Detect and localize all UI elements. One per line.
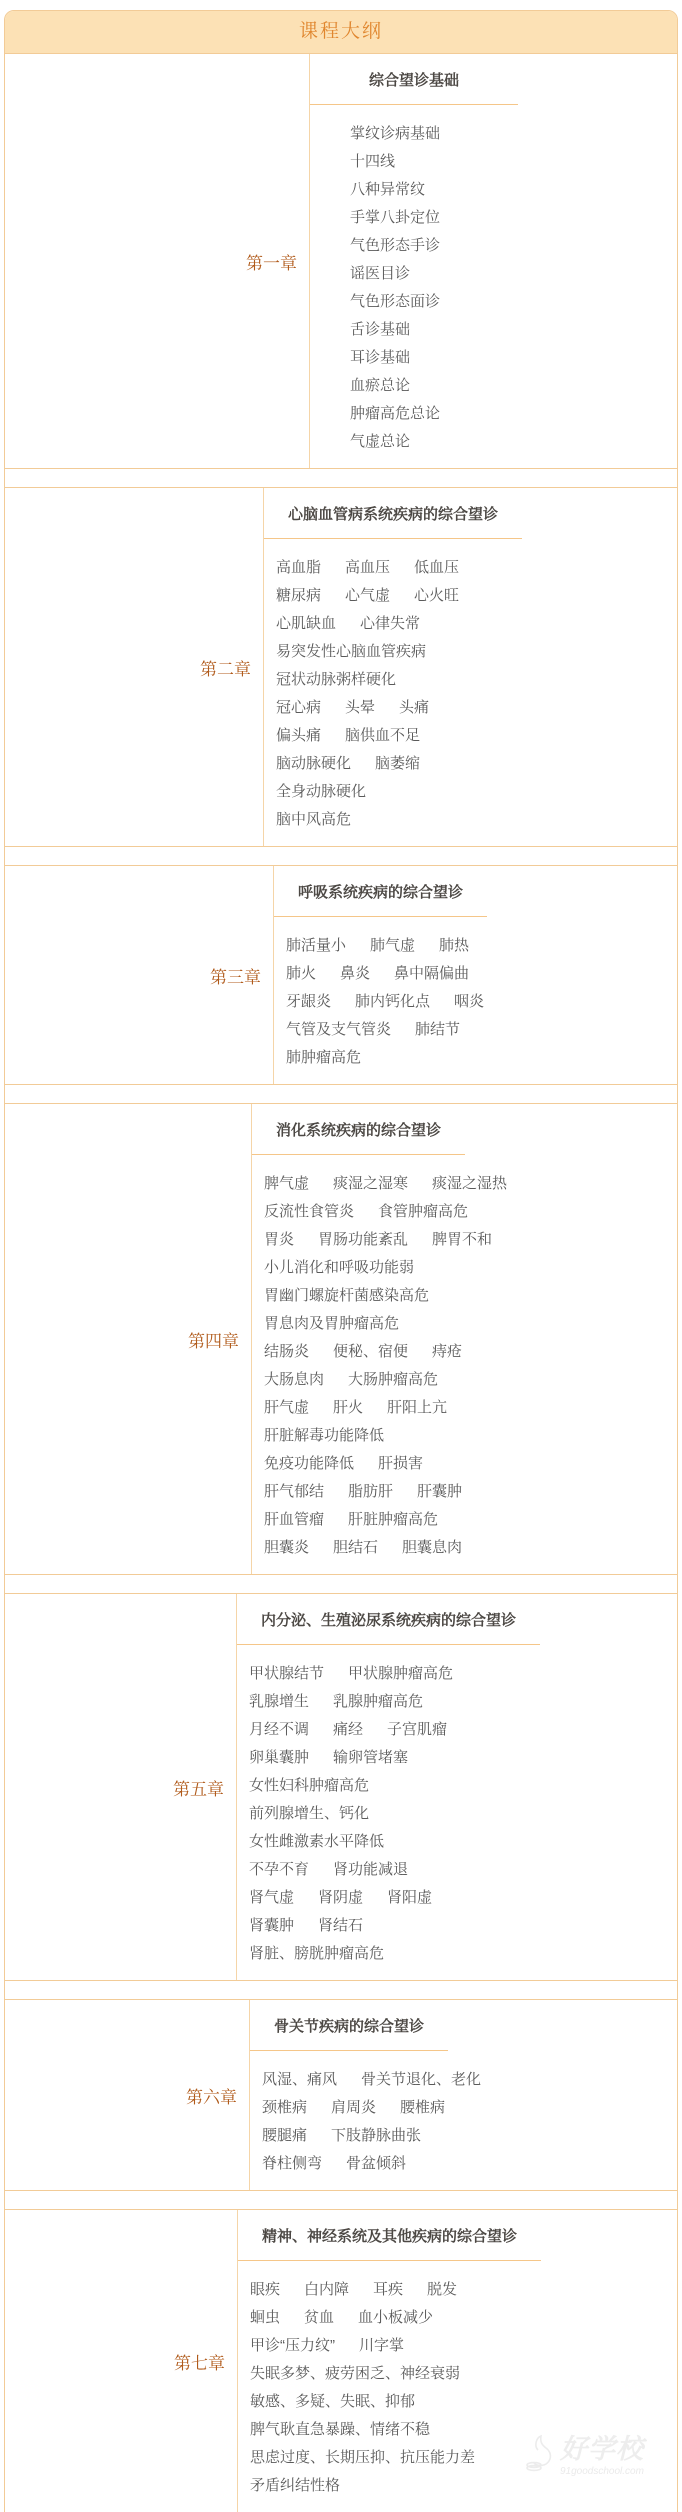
course-item: 肿瘤高危总论 xyxy=(350,402,440,423)
section-spacer xyxy=(5,1981,677,1999)
course-item: 甲状腺肿瘤高危 xyxy=(348,1662,453,1683)
course-item-line: 肺火鼻炎鼻中隔偏曲 xyxy=(286,958,669,986)
course-item: 肺结节 xyxy=(415,1018,460,1039)
course-item: 心肌缺血 xyxy=(276,612,336,633)
course-item: 胆囊炎 xyxy=(264,1536,309,1557)
course-item-line: 肺活量小肺气虚肺热 xyxy=(286,930,669,958)
course-item-line: 敏感、多疑、失眠、抑郁 xyxy=(250,2386,669,2414)
course-item-line: 肾脏、膀胱肿瘤高危 xyxy=(249,1938,669,1966)
course-item-line: 肿瘤高危总论 xyxy=(350,398,669,426)
section-spacer xyxy=(5,1085,677,1103)
course-item: 小儿消化和呼吸功能弱 xyxy=(264,1256,414,1277)
section-spacer xyxy=(5,847,677,865)
course-item: 脱发 xyxy=(427,2278,457,2299)
course-item: 下肢静脉曲张 xyxy=(331,2124,421,2145)
course-item: 肺气虚 xyxy=(370,934,415,955)
course-item: 骨关节退化、老化 xyxy=(361,2068,481,2089)
course-item: 肝气郁结 xyxy=(264,1480,324,1501)
course-item: 贫血 xyxy=(304,2306,334,2327)
chapter-items: 脾气虚痰湿之湿寒痰湿之湿热反流性食管炎食管肿瘤高危胃炎胃肠功能紊乱脾胃不和小儿消… xyxy=(252,1168,669,1560)
course-item: 肾结石 xyxy=(318,1914,363,1935)
course-item: 掌纹诊病基础 xyxy=(350,122,440,143)
chapter-list: 第一章 综合望诊基础 掌纹诊病基础十四线八种异常纹手掌八卦定位气色形态手诊谣医目… xyxy=(5,53,677,2512)
course-item: 肺热 xyxy=(439,934,469,955)
course-item: 易突发性心脑血管疾病 xyxy=(276,640,426,661)
chapter-items: 高血脂高血压低血压糖尿病心气虚心火旺心肌缺血心律失常易突发性心脑血管疾病冠状动脉… xyxy=(264,552,669,832)
course-item: 脑供血不足 xyxy=(345,724,420,745)
section-spacer xyxy=(5,2191,677,2209)
watermark-site: 91goodschool.com xyxy=(560,2467,644,2477)
course-item: 肾气虚 xyxy=(249,1886,294,1907)
page-title: 课程大纲 xyxy=(5,11,677,53)
course-item: 大肠息肉 xyxy=(264,1368,324,1389)
watermark: 好学校 91goodschool.com xyxy=(524,2432,664,2477)
chapter-content-cell: 呼吸系统疾病的综合望诊 肺活量小肺气虚肺热肺火鼻炎鼻中隔偏曲牙龈炎肺内钙化点咽炎… xyxy=(273,866,677,1084)
section-spacer xyxy=(5,469,677,487)
course-item-line: 颈椎病肩周炎腰椎病 xyxy=(262,2092,669,2120)
chapter-content-cell: 心脑血管病系统疾病的综合望诊 高血脂高血压低血压糖尿病心气虚心火旺心肌缺血心律失… xyxy=(263,488,677,846)
course-item-line: 肾囊肿肾结石 xyxy=(249,1910,669,1938)
course-item: 肝气虚 xyxy=(264,1396,309,1417)
course-item: 女性妇科肿瘤高危 xyxy=(249,1774,369,1795)
course-item: 肾阳虚 xyxy=(387,1886,432,1907)
course-item-line: 腰腿痛下肢静脉曲张 xyxy=(262,2120,669,2148)
chapter-label: 第六章 xyxy=(186,2083,237,2108)
course-item-line: 肝血管瘤肝脏肿瘤高危 xyxy=(264,1504,669,1532)
course-item: 月经不调 xyxy=(249,1718,309,1739)
chapter-title: 呼吸系统疾病的综合望诊 xyxy=(274,882,487,917)
course-item-line: 易突发性心脑血管疾病 xyxy=(276,636,669,664)
course-item: 反流性食管炎 xyxy=(264,1200,354,1221)
course-item: 脾气虚 xyxy=(264,1172,309,1193)
course-item-line: 大肠息肉大肠肿瘤高危 xyxy=(264,1364,669,1392)
watermark-text: 好学校 91goodschool.com xyxy=(560,2436,644,2477)
course-item: 腰椎病 xyxy=(400,2096,445,2117)
course-item-line: 结肠炎便秘、宿便痔疮 xyxy=(264,1336,669,1364)
course-item: 心律失常 xyxy=(360,612,420,633)
course-item: 高血脂 xyxy=(276,556,321,577)
course-item-line: 气虚总论 xyxy=(350,426,669,454)
course-item: 胆结石 xyxy=(333,1536,378,1557)
course-item-line: 脊柱侧弯骨盆倾斜 xyxy=(262,2148,669,2176)
course-item: 鼻炎 xyxy=(340,962,370,983)
course-item: 气色形态面诊 xyxy=(350,290,440,311)
course-item: 冠状动脉粥样硬化 xyxy=(276,668,396,689)
course-item: 咽炎 xyxy=(454,990,484,1011)
course-item: 高血压 xyxy=(345,556,390,577)
course-item: 低血压 xyxy=(414,556,459,577)
course-item-line: 小儿消化和呼吸功能弱 xyxy=(264,1252,669,1280)
course-item-line: 冠状动脉粥样硬化 xyxy=(276,664,669,692)
course-item: 乳腺肿瘤高危 xyxy=(333,1690,423,1711)
course-item: 子宫肌瘤 xyxy=(387,1718,447,1739)
chapter-title: 消化系统疾病的综合望诊 xyxy=(252,1120,465,1155)
course-item-line: 心肌缺血心律失常 xyxy=(276,608,669,636)
course-outline-table: 课程大纲 第一章 综合望诊基础 掌纹诊病基础十四线八种异常纹手掌八卦定位气色形态… xyxy=(4,10,678,2512)
course-item: 脑萎缩 xyxy=(375,752,420,773)
course-item: 输卵管堵塞 xyxy=(333,1746,408,1767)
course-item-line: 八种异常纹 xyxy=(350,174,669,202)
course-item: 川字掌 xyxy=(359,2334,404,2355)
course-item-line: 手掌八卦定位 xyxy=(350,202,669,230)
course-item: 肺肿瘤高危 xyxy=(286,1046,361,1067)
course-item: 气色形态手诊 xyxy=(350,234,440,255)
course-item: 冠心病 xyxy=(276,696,321,717)
course-item: 食管肿瘤高危 xyxy=(378,1200,468,1221)
course-item: 结肠炎 xyxy=(264,1340,309,1361)
course-item: 胃息肉及胃肿瘤高危 xyxy=(264,1312,399,1333)
course-item-line: 不孕不育肾功能减退 xyxy=(249,1854,669,1882)
course-item: 肝火 xyxy=(333,1396,363,1417)
course-item: 免疫功能降低 xyxy=(264,1452,354,1473)
course-item: 大肠肿瘤高危 xyxy=(348,1368,438,1389)
course-item: 眼疾 xyxy=(250,2278,280,2299)
chapter-content-cell: 内分泌、生殖泌尿系统疾病的综合望诊 甲状腺结节甲状腺肿瘤高危乳腺增生乳腺肿瘤高危… xyxy=(236,1594,677,1980)
course-item-line: 胆囊炎胆结石胆囊息肉 xyxy=(264,1532,669,1560)
chapter-row: 第五章 内分泌、生殖泌尿系统疾病的综合望诊 甲状腺结节甲状腺肿瘤高危乳腺增生乳腺… xyxy=(5,1593,677,1981)
chapter-items: 掌纹诊病基础十四线八种异常纹手掌八卦定位气色形态手诊谣医目诊气色形态面诊舌诊基础… xyxy=(310,118,669,454)
chapter-label-cell: 第二章 xyxy=(5,488,263,846)
course-item: 颈椎病 xyxy=(262,2096,307,2117)
course-item: 不孕不育 xyxy=(249,1858,309,1879)
course-item: 痔疮 xyxy=(432,1340,462,1361)
course-item-line: 全身动脉硬化 xyxy=(276,776,669,804)
course-item-line: 高血脂高血压低血压 xyxy=(276,552,669,580)
chapter-label: 第七章 xyxy=(174,2349,225,2374)
course-item: 痰湿之湿寒 xyxy=(333,1172,408,1193)
course-item: 全身动脉硬化 xyxy=(276,780,366,801)
course-item: 气虚总论 xyxy=(350,430,410,451)
course-item-line: 甲诊“压力纹”川字掌 xyxy=(250,2330,669,2358)
course-item-line: 十四线 xyxy=(350,146,669,174)
course-item-line: 风湿、痛风骨关节退化、老化 xyxy=(262,2064,669,2092)
course-item-line: 女性妇科肿瘤高危 xyxy=(249,1770,669,1798)
course-item-line: 耳诊基础 xyxy=(350,342,669,370)
watermark-name: 好学校 xyxy=(560,2436,644,2463)
course-item: 肝囊肿 xyxy=(417,1480,462,1501)
course-item-line: 气色形态手诊 xyxy=(350,230,669,258)
course-item-line: 女性雌激素水平降低 xyxy=(249,1826,669,1854)
chapter-content-cell: 骨关节疾病的综合望诊 风湿、痛风骨关节退化、老化颈椎病肩周炎腰椎病腰腿痛下肢静脉… xyxy=(249,2000,677,2190)
chapter-label: 第二章 xyxy=(200,655,251,680)
chapter-label-cell: 第六章 xyxy=(5,2000,249,2190)
course-item: 心气虚 xyxy=(345,584,390,605)
course-item-line: 脑动脉硬化脑萎缩 xyxy=(276,748,669,776)
course-item: 肺内钙化点 xyxy=(355,990,430,1011)
chapter-content-cell: 消化系统疾病的综合望诊 脾气虚痰湿之湿寒痰湿之湿热反流性食管炎食管肿瘤高危胃炎胃… xyxy=(251,1104,677,1574)
course-item-line: 偏头痛脑供血不足 xyxy=(276,720,669,748)
course-item: 脾胃不和 xyxy=(432,1228,492,1249)
course-item: 蛔虫 xyxy=(250,2306,280,2327)
course-item-line: 眼疾白内障耳疾脱发 xyxy=(250,2274,669,2302)
course-item-line: 肝气虚肝火肝阳上亢 xyxy=(264,1392,669,1420)
course-item-line: 糖尿病心气虚心火旺 xyxy=(276,580,669,608)
chapter-items: 肺活量小肺气虚肺热肺火鼻炎鼻中隔偏曲牙龈炎肺内钙化点咽炎气管及支气管炎肺结节肺肿… xyxy=(274,930,669,1070)
chapter-row: 第六章 骨关节疾病的综合望诊 风湿、痛风骨关节退化、老化颈椎病肩周炎腰椎病腰腿痛… xyxy=(5,1999,677,2191)
course-item-line: 胃炎胃肠功能紊乱脾胃不和 xyxy=(264,1224,669,1252)
course-item-line: 血瘀总论 xyxy=(350,370,669,398)
course-item: 甲诊“压力纹” xyxy=(250,2334,335,2355)
course-item-line: 失眠多梦、疲劳困乏、神经衰弱 xyxy=(250,2358,669,2386)
course-item-line: 气色形态面诊 xyxy=(350,286,669,314)
course-item-line: 月经不调痛经子宫肌瘤 xyxy=(249,1714,669,1742)
course-item-line: 舌诊基础 xyxy=(350,314,669,342)
course-item-line: 气管及支气管炎肺结节 xyxy=(286,1014,669,1042)
course-item-line: 甲状腺结节甲状腺肿瘤高危 xyxy=(249,1658,669,1686)
course-item: 脑中风高危 xyxy=(276,808,351,829)
course-item: 骨盆倾斜 xyxy=(346,2152,406,2173)
chapter-content-cell: 综合望诊基础 掌纹诊病基础十四线八种异常纹手掌八卦定位气色形态手诊谣医目诊气色形… xyxy=(309,54,677,468)
course-item-line: 肝脏解毒功能降低 xyxy=(264,1420,669,1448)
course-item: 肾脏、膀胱肿瘤高危 xyxy=(249,1942,384,1963)
course-item: 风湿、痛风 xyxy=(262,2068,337,2089)
course-item: 脂肪肝 xyxy=(348,1480,393,1501)
course-item-line: 胃息肉及胃肿瘤高危 xyxy=(264,1308,669,1336)
chapter-row: 第二章 心脑血管病系统疾病的综合望诊 高血脂高血压低血压糖尿病心气虚心火旺心肌缺… xyxy=(5,487,677,847)
chapter-label-cell: 第七章 xyxy=(5,2210,237,2512)
course-item: 卵巢囊肿 xyxy=(249,1746,309,1767)
course-item-line: 牙龈炎肺内钙化点咽炎 xyxy=(286,986,669,1014)
chapter-label-cell: 第一章 xyxy=(5,54,309,468)
chapter-title: 内分泌、生殖泌尿系统疾病的综合望诊 xyxy=(237,1610,540,1645)
chapter-title: 精神、神经系统及其他疾病的综合望诊 xyxy=(238,2226,541,2261)
chapter-items: 风湿、痛风骨关节退化、老化颈椎病肩周炎腰椎病腰腿痛下肢静脉曲张脊柱侧弯骨盆倾斜 xyxy=(250,2064,669,2176)
course-item-line: 冠心病头晕头痛 xyxy=(276,692,669,720)
course-item: 肝脏解毒功能降低 xyxy=(264,1424,384,1445)
course-item: 牙龈炎 xyxy=(286,990,331,1011)
course-item: 肝脏肿瘤高危 xyxy=(348,1508,438,1529)
course-item: 胃肠功能紊乱 xyxy=(318,1228,408,1249)
course-item: 气管及支气管炎 xyxy=(286,1018,391,1039)
course-item: 敏感、多疑、失眠、抑郁 xyxy=(250,2390,415,2411)
course-item: 肝阳上亢 xyxy=(387,1396,447,1417)
course-item: 谣医目诊 xyxy=(350,262,410,283)
course-item: 肾功能减退 xyxy=(333,1858,408,1879)
course-item: 肺活量小 xyxy=(286,934,346,955)
course-item: 白内障 xyxy=(304,2278,349,2299)
course-item-line: 肾气虚肾阴虚肾阳虚 xyxy=(249,1882,669,1910)
chapter-title: 骨关节疾病的综合望诊 xyxy=(250,2016,448,2051)
course-item: 思虑过度、长期压抑、抗压能力差 xyxy=(250,2446,475,2467)
chapter-label-cell: 第三章 xyxy=(5,866,273,1084)
course-item: 舌诊基础 xyxy=(350,318,410,339)
course-item: 十四线 xyxy=(350,150,395,171)
course-item: 胆囊息肉 xyxy=(402,1536,462,1557)
course-item: 女性雌激素水平降低 xyxy=(249,1830,384,1851)
course-item-line: 脑中风高危 xyxy=(276,804,669,832)
course-item: 矛盾纠结性格 xyxy=(250,2474,340,2495)
course-item: 胃炎 xyxy=(264,1228,294,1249)
course-item-line: 免疫功能降低肝损害 xyxy=(264,1448,669,1476)
chapter-label-cell: 第四章 xyxy=(5,1104,251,1574)
chapter-items: 甲状腺结节甲状腺肿瘤高危乳腺增生乳腺肿瘤高危月经不调痛经子宫肌瘤卵巢囊肿输卵管堵… xyxy=(237,1658,669,1966)
course-item: 鼻中隔偏曲 xyxy=(394,962,469,983)
thumbs-up-icon xyxy=(524,2432,558,2477)
course-item-line: 反流性食管炎食管肿瘤高危 xyxy=(264,1196,669,1224)
chapter-label: 第四章 xyxy=(188,1327,239,1352)
course-item: 肾囊肿 xyxy=(249,1914,294,1935)
course-item-line: 脾气虚痰湿之湿寒痰湿之湿热 xyxy=(264,1168,669,1196)
course-item: 胃幽门螺旋杆菌感染高危 xyxy=(264,1284,429,1305)
course-item: 前列腺增生、钙化 xyxy=(249,1802,369,1823)
course-item: 痛经 xyxy=(333,1718,363,1739)
course-item: 腰腿痛 xyxy=(262,2124,307,2145)
course-item: 偏头痛 xyxy=(276,724,321,745)
course-item: 手掌八卦定位 xyxy=(350,206,440,227)
chapter-label-cell: 第五章 xyxy=(5,1594,236,1980)
course-item-line: 前列腺增生、钙化 xyxy=(249,1798,669,1826)
course-item: 便秘、宿便 xyxy=(333,1340,408,1361)
course-item: 血瘀总论 xyxy=(350,374,410,395)
course-item: 血小板减少 xyxy=(358,2306,433,2327)
course-item: 脑动脉硬化 xyxy=(276,752,351,773)
course-item: 八种异常纹 xyxy=(350,178,425,199)
course-item: 失眠多梦、疲劳困乏、神经衰弱 xyxy=(250,2362,460,2383)
chapter-row: 第三章 呼吸系统疾病的综合望诊 肺活量小肺气虚肺热肺火鼻炎鼻中隔偏曲牙龈炎肺内钙… xyxy=(5,865,677,1085)
course-item: 肩周炎 xyxy=(331,2096,376,2117)
chapter-label: 第三章 xyxy=(210,963,261,988)
course-item-line: 胃幽门螺旋杆菌感染高危 xyxy=(264,1280,669,1308)
course-item-line: 肝气郁结脂肪肝肝囊肿 xyxy=(264,1476,669,1504)
course-item: 脊柱侧弯 xyxy=(262,2152,322,2173)
course-item: 耳诊基础 xyxy=(350,346,410,367)
chapter-title: 心脑血管病系统疾病的综合望诊 xyxy=(264,504,522,539)
chapter-row: 第四章 消化系统疾病的综合望诊 脾气虚痰湿之湿寒痰湿之湿热反流性食管炎食管肿瘤高… xyxy=(5,1103,677,1575)
course-item-line: 卵巢囊肿输卵管堵塞 xyxy=(249,1742,669,1770)
course-item: 肾阴虚 xyxy=(318,1886,363,1907)
course-item: 耳疾 xyxy=(373,2278,403,2299)
course-item: 乳腺增生 xyxy=(249,1690,309,1711)
course-item: 痰湿之湿热 xyxy=(432,1172,507,1193)
course-item-line: 掌纹诊病基础 xyxy=(350,118,669,146)
course-item: 脾气耿直急暴躁、情绪不稳 xyxy=(250,2418,430,2439)
course-item-line: 肺肿瘤高危 xyxy=(286,1042,669,1070)
chapter-label: 第五章 xyxy=(173,1775,224,1800)
course-item: 肝血管瘤 xyxy=(264,1508,324,1529)
course-item: 肝损害 xyxy=(378,1452,423,1473)
course-item: 肺火 xyxy=(286,962,316,983)
course-item-line: 乳腺增生乳腺肿瘤高危 xyxy=(249,1686,669,1714)
course-item: 头晕 xyxy=(345,696,375,717)
course-item: 糖尿病 xyxy=(276,584,321,605)
chapter-row: 第一章 综合望诊基础 掌纹诊病基础十四线八种异常纹手掌八卦定位气色形态手诊谣医目… xyxy=(5,53,677,469)
course-item-line: 谣医目诊 xyxy=(350,258,669,286)
section-spacer xyxy=(5,1575,677,1593)
course-item: 头痛 xyxy=(399,696,429,717)
chapter-label: 第一章 xyxy=(246,249,297,274)
chapter-title: 综合望诊基础 xyxy=(310,70,518,105)
course-item: 甲状腺结节 xyxy=(249,1662,324,1683)
course-item: 心火旺 xyxy=(414,584,459,605)
course-item-line: 蛔虫贫血血小板减少 xyxy=(250,2302,669,2330)
